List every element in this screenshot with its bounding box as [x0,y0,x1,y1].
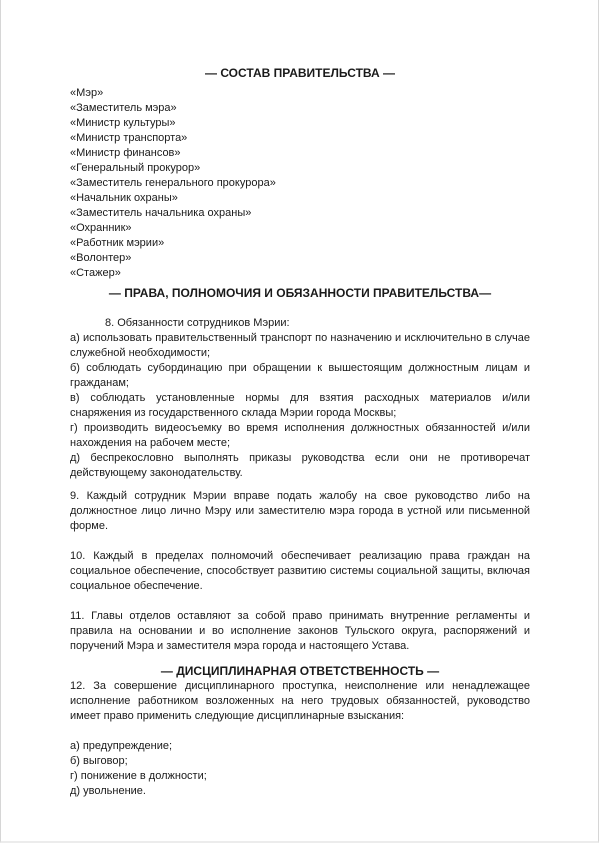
clause-12: 12. За совершение дисциплинарного просту… [70,679,530,724]
role-item: «Генеральный прокурор» [70,161,530,176]
role-item: «Министр транспорта» [70,131,530,146]
sanction-item: д) увольнение. [70,784,530,799]
role-item: «Волонтер» [70,251,530,266]
clause-11: 11. Главы отделов оставляют за собой пра… [70,609,530,654]
clause-8-point: г) производить видеосъемку во время испо… [70,421,530,451]
section-title-discipline: — ДИСЦИПЛИНАРНАЯ ОТВЕТСТВЕННОСТЬ — [70,664,530,679]
sanction-item: г) понижение в должности; [70,769,530,784]
role-item: «Мэр» [70,86,530,101]
clause-8-point: а) использовать правительственный трансп… [70,331,530,361]
clause-10: 10. Каждый в пределах полномочий обеспеч… [70,549,530,594]
role-item: «Министр культуры» [70,116,530,131]
clause-8-points: а) использовать правительственный трансп… [70,331,530,481]
clause-8-point: в) соблюдать установленные нормы для взя… [70,391,530,421]
role-item: «Министр финансов» [70,146,530,161]
clause-8-point: д) беспрекословно выполнять приказы руко… [70,451,530,481]
section-title-composition: — СОСТАВ ПРАВИТЕЛЬСТВА — [70,66,530,81]
role-item: «Заместитель генерального прокурора» [70,176,530,191]
clause-8-point: б) соблюдать субординацию при обращении … [70,361,530,391]
government-roles-list: «Мэр» «Заместитель мэра» «Министр культу… [70,86,530,281]
document-page: — СОСТАВ ПРАВИТЕЛЬСТВА — «Мэр» «Заместит… [0,0,599,843]
clause-9: 9. Каждый сотрудник Мэрии вправе подать … [70,489,530,534]
role-item: «Заместитель начальника охраны» [70,206,530,221]
sanctions-list: а) предупреждение; б) выговор; г) пониже… [70,739,530,799]
role-item: «Охранник» [70,221,530,236]
section-title-rights: — ПРАВА, ПОЛНОМОЧИЯ И ОБЯЗАННОСТИ ПРАВИТ… [70,286,530,301]
role-item: «Заместитель мэра» [70,101,530,116]
role-item: «Работник мэрии» [70,236,530,251]
sanction-item: б) выговор; [70,754,530,769]
clause-8-heading: 8. Обязанности сотрудников Мэрии: [70,316,530,331]
role-item: «Стажер» [70,266,530,281]
sanction-item: а) предупреждение; [70,739,530,754]
role-item: «Начальник охраны» [70,191,530,206]
